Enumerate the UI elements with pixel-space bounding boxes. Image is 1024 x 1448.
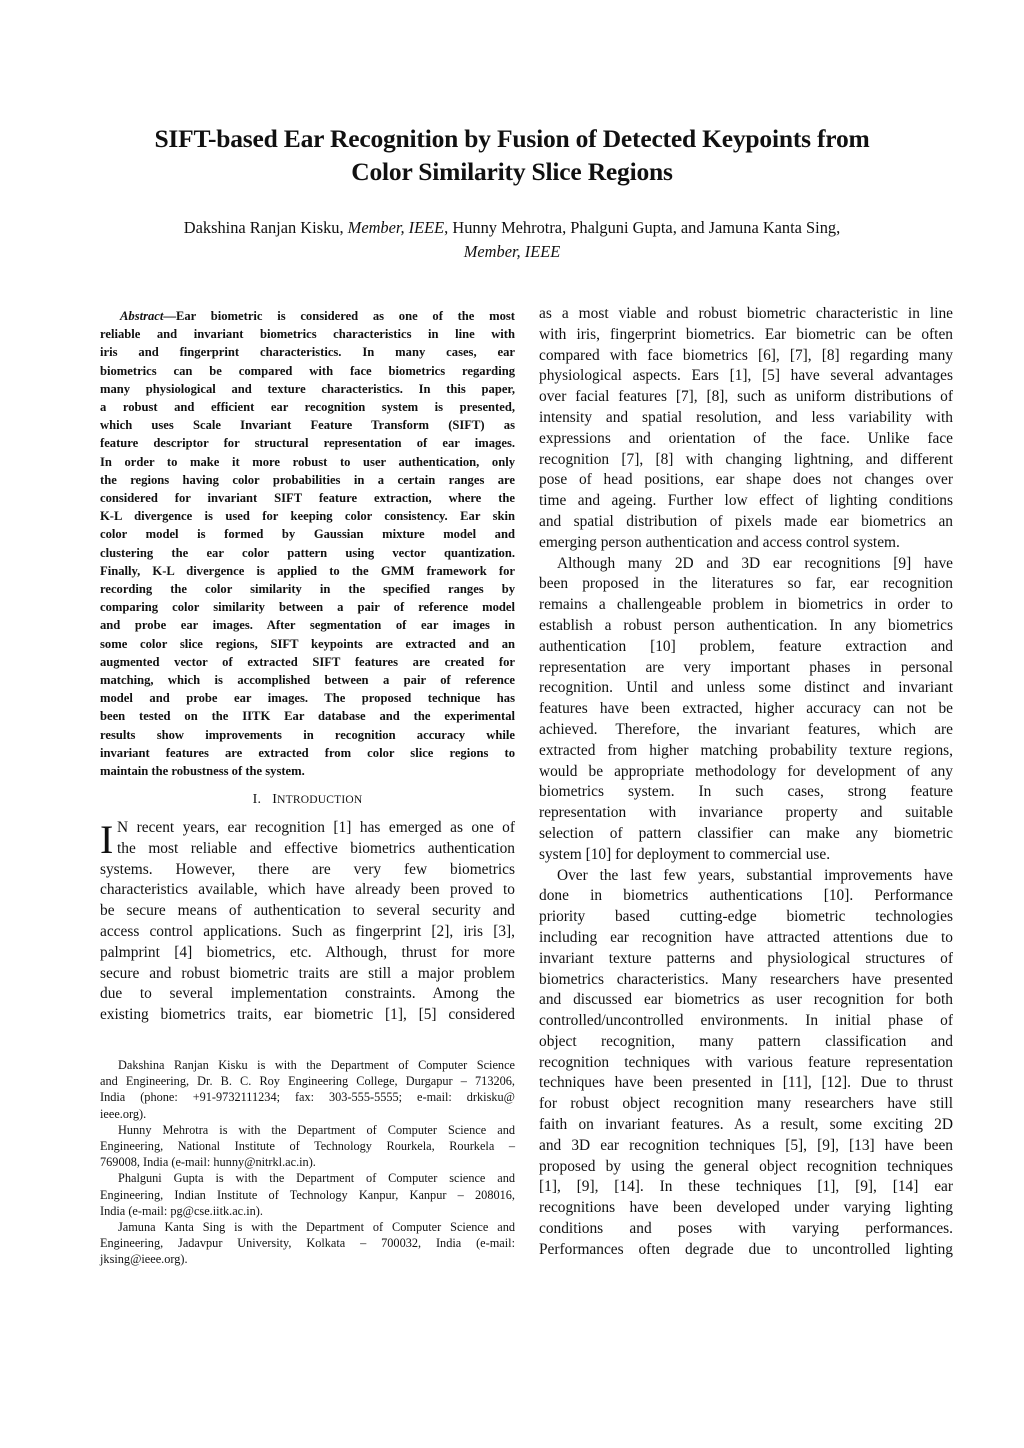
section-heading-introduction: I. INTRODUCTION xyxy=(100,792,515,808)
abstract-line: the regions having color probabilities i… xyxy=(100,471,515,489)
abstract-line: recording the color similarity in the sp… xyxy=(100,580,515,598)
abstract-line: biometrics can be compared with face bio… xyxy=(100,362,515,380)
body-line: time and ageing. Further low effect of l… xyxy=(539,491,953,512)
abstract-line: model and probe ear images. The proposed… xyxy=(100,689,515,707)
footnote-line: Engineering, National Institute of Techn… xyxy=(100,1138,515,1154)
body-line: Over the last few years, substantial imp… xyxy=(539,866,953,887)
footnote-line: ieee.org). xyxy=(100,1106,515,1122)
abstract-line: reliable and invariant biometrics charac… xyxy=(100,325,515,343)
abstract-label: Abstract xyxy=(120,309,163,323)
abstract-line: considered for invariant SIFT feature ex… xyxy=(100,489,515,507)
abstract-line: many physiological and texture character… xyxy=(100,380,515,398)
author-line: Dakshina Ranjan Kisku, Member, IEEE, Hun… xyxy=(0,216,1024,240)
abstract-text: Ear biometric is considered as one of th… xyxy=(176,309,515,323)
introduction-line: systems. However, there are very few bio… xyxy=(100,860,515,881)
body-line: emerging person authentication and acces… xyxy=(539,533,953,554)
abstract-line: matching, which is accomplished between … xyxy=(100,671,515,689)
body-line: representation with invariance property … xyxy=(539,803,953,824)
body-line: proposed by using the general object rec… xyxy=(539,1157,953,1178)
body-line: faith on invariant features. As a result… xyxy=(539,1115,953,1136)
footnote-line: jksing@ieee.org). xyxy=(100,1251,515,1267)
author-affiliation-footnotes: Dakshina Ranjan Kisku is with the Depart… xyxy=(100,1057,515,1268)
body-line: features have been extracted, higher acc… xyxy=(539,699,953,720)
introduction-line: N recent years, ear recognition [1] has … xyxy=(100,818,515,839)
abstract-line: some color slice regions, SIFT keypoints… xyxy=(100,635,515,653)
footnote-line: Engineering, Indian Institute of Technol… xyxy=(100,1187,515,1203)
abstract-line: Finally, K-L divergence is applied to th… xyxy=(100,562,515,580)
abstract-line: K-L divergence is used for keeping color… xyxy=(100,507,515,525)
body-line: priority based cutting-edge biometric te… xyxy=(539,907,953,928)
section-number: I. xyxy=(253,792,262,807)
author-name: Dakshina Ranjan Kisku, xyxy=(184,218,348,237)
body-line: representation are very important phases… xyxy=(539,658,953,679)
author-membership: Member, IEEE xyxy=(348,218,445,237)
abstract-line: maintain the robustness of the system. xyxy=(100,762,515,780)
introduction-line: access control applications. Such as fin… xyxy=(100,922,515,943)
body-line: remains a challengeable problem in biome… xyxy=(539,595,953,616)
body-line: been proposed in the literatures so far,… xyxy=(539,574,953,595)
body-line: with iris, fingerprint biometrics. Ear b… xyxy=(539,325,953,346)
body-line: including ear recognition have attracted… xyxy=(539,928,953,949)
footnote-line: Phalguni Gupta is with the Department of… xyxy=(100,1170,515,1186)
body-line: invariant texture patterns and physiolog… xyxy=(539,949,953,970)
body-line: recognition techniques with various feat… xyxy=(539,1053,953,1074)
body-line: achieved. Therefore, the invariant featu… xyxy=(539,720,953,741)
body-line: system [10] for deployment to commercial… xyxy=(539,845,953,866)
body-line: would be appropriate methodology for dev… xyxy=(539,762,953,783)
footnote-line: and Engineering, Dr. B. C. Roy Engineeri… xyxy=(100,1073,515,1089)
abstract: Abstract—Ear biometric is considered as … xyxy=(100,307,515,780)
abstract-line: comparing color similarity between a pai… xyxy=(100,598,515,616)
abstract-line: iris and fingerprint characteristics. In… xyxy=(100,343,515,361)
body-line: for robust object recognition many resea… xyxy=(539,1094,953,1115)
footnote-line: Hunny Mehrotra is with the Department of… xyxy=(100,1122,515,1138)
body-line: intensity and spatial resolution, and le… xyxy=(539,408,953,429)
drop-cap: I xyxy=(100,821,113,859)
paper-title: SIFT-based Ear Recognition by Fusion of … xyxy=(0,122,1024,188)
body-line: and spatial distribution of pixels made … xyxy=(539,512,953,533)
introduction-line: secure and robust biometric traits are s… xyxy=(100,964,515,985)
footnote-line: India (phone: +91-9732111234; fax: 303-5… xyxy=(100,1089,515,1105)
body-line: Although many 2D and 3D ear recognitions… xyxy=(539,554,953,575)
body-line: expressions and orientation of the face.… xyxy=(539,429,953,450)
body-line: and discussed ear biometrics as user rec… xyxy=(539,990,953,1011)
introduction-line: be secure means of authentication to sev… xyxy=(100,901,515,922)
abstract-line: which uses Scale Invariant Feature Trans… xyxy=(100,416,515,434)
author-list: Dakshina Ranjan Kisku, Member, IEEE, Hun… xyxy=(0,216,1024,264)
body-line: recognition [7], [8] with changing light… xyxy=(539,450,953,471)
abstract-line: feature descriptor for structural repres… xyxy=(100,434,515,452)
abstract-dash: — xyxy=(163,309,176,323)
body-line: compared with face biometrics [6], [7], … xyxy=(539,346,953,367)
introduction-line: existing biometrics traits, ear biometri… xyxy=(100,1005,515,1026)
introduction-line: palmprint [4] biometrics, etc. Although,… xyxy=(100,943,515,964)
body-line: biometrics system. In such cases, strong… xyxy=(539,782,953,803)
abstract-line: results show improvements in recognition… xyxy=(100,726,515,744)
body-line: biometrics characteristics. Many researc… xyxy=(539,970,953,991)
abstract-line: a robust and efficient ear recognition s… xyxy=(100,398,515,416)
body-line: selection of pattern classifier can make… xyxy=(539,824,953,845)
body-line: and 3D ear recognition techniques [5], [… xyxy=(539,1136,953,1157)
right-column-text: as a most viable and robust biometric ch… xyxy=(539,304,953,1261)
body-line: Performances often degrade due to uncont… xyxy=(539,1240,953,1261)
footnote-line: 769008, India (e-mail: hunny@nitrkl.ac.i… xyxy=(100,1154,515,1170)
abstract-line: In order to make it more robust to user … xyxy=(100,453,515,471)
body-line: authentication [10] problem, feature ext… xyxy=(539,637,953,658)
title-line: SIFT-based Ear Recognition by Fusion of … xyxy=(0,122,1024,155)
footnote-line: Engineering, Jadavpur University, Kolkat… xyxy=(100,1235,515,1251)
body-line: physiological aspects. Ears [1], [5] hav… xyxy=(539,366,953,387)
body-line: over facial features [7], [8], such as u… xyxy=(539,387,953,408)
introduction-line: characteristics available, which have al… xyxy=(100,880,515,901)
abstract-first-line: Abstract—Ear biometric is considered as … xyxy=(100,307,515,325)
abstract-line: clustering the ear color pattern using v… xyxy=(100,544,515,562)
introduction-paragraph: I N recent years, ear recognition [1] ha… xyxy=(100,818,515,1026)
abstract-line: been tested on the IITK Ear database and… xyxy=(100,707,515,725)
body-line: controlled/uncontrolled environments. In… xyxy=(539,1011,953,1032)
author-line: Member, IEEE xyxy=(0,240,1024,264)
footnote-line: India (e-mail: pg@cse.iitk.ac.in). xyxy=(100,1203,515,1219)
body-line: object recognition, many pattern classif… xyxy=(539,1032,953,1053)
introduction-line: due to several implementation constraint… xyxy=(100,984,515,1005)
body-line: establish a robust person authentication… xyxy=(539,616,953,637)
body-line: done in biometrics authentications [10].… xyxy=(539,886,953,907)
footnote-line: Dakshina Ranjan Kisku is with the Depart… xyxy=(100,1057,515,1073)
abstract-line: augmented vector of extracted SIFT featu… xyxy=(100,653,515,671)
abstract-line: and probe ear images. After segmentation… xyxy=(100,616,515,634)
body-line: conditions and poses with varying perfor… xyxy=(539,1219,953,1240)
body-line: recognitions have been developed under v… xyxy=(539,1198,953,1219)
body-line: techniques have been presented in [11], … xyxy=(539,1073,953,1094)
author-membership: Member, IEEE xyxy=(464,242,561,261)
introduction-line: the most reliable and effective biometri… xyxy=(100,839,515,860)
body-line: recognition. Until and unless some disti… xyxy=(539,678,953,699)
section-title-rest: NTRODUCTION xyxy=(277,794,362,806)
abstract-line: color model is formed by Gaussian mixtur… xyxy=(100,525,515,543)
body-line: [1], [9], [14]. In these techniques [1],… xyxy=(539,1177,953,1198)
title-line: Color Similarity Slice Regions xyxy=(0,155,1024,188)
author-names: , Hunny Mehrotra, Phalguni Gupta, and Ja… xyxy=(444,218,840,237)
footnote-line: Jamuna Kanta Sing is with the Department… xyxy=(100,1219,515,1235)
body-line: pose of head positions, ear shape does n… xyxy=(539,470,953,491)
abstract-line: invariant features are extracted from co… xyxy=(100,744,515,762)
body-line: as a most viable and robust biometric ch… xyxy=(539,304,953,325)
body-line: extracted from higher matching probabili… xyxy=(539,741,953,762)
